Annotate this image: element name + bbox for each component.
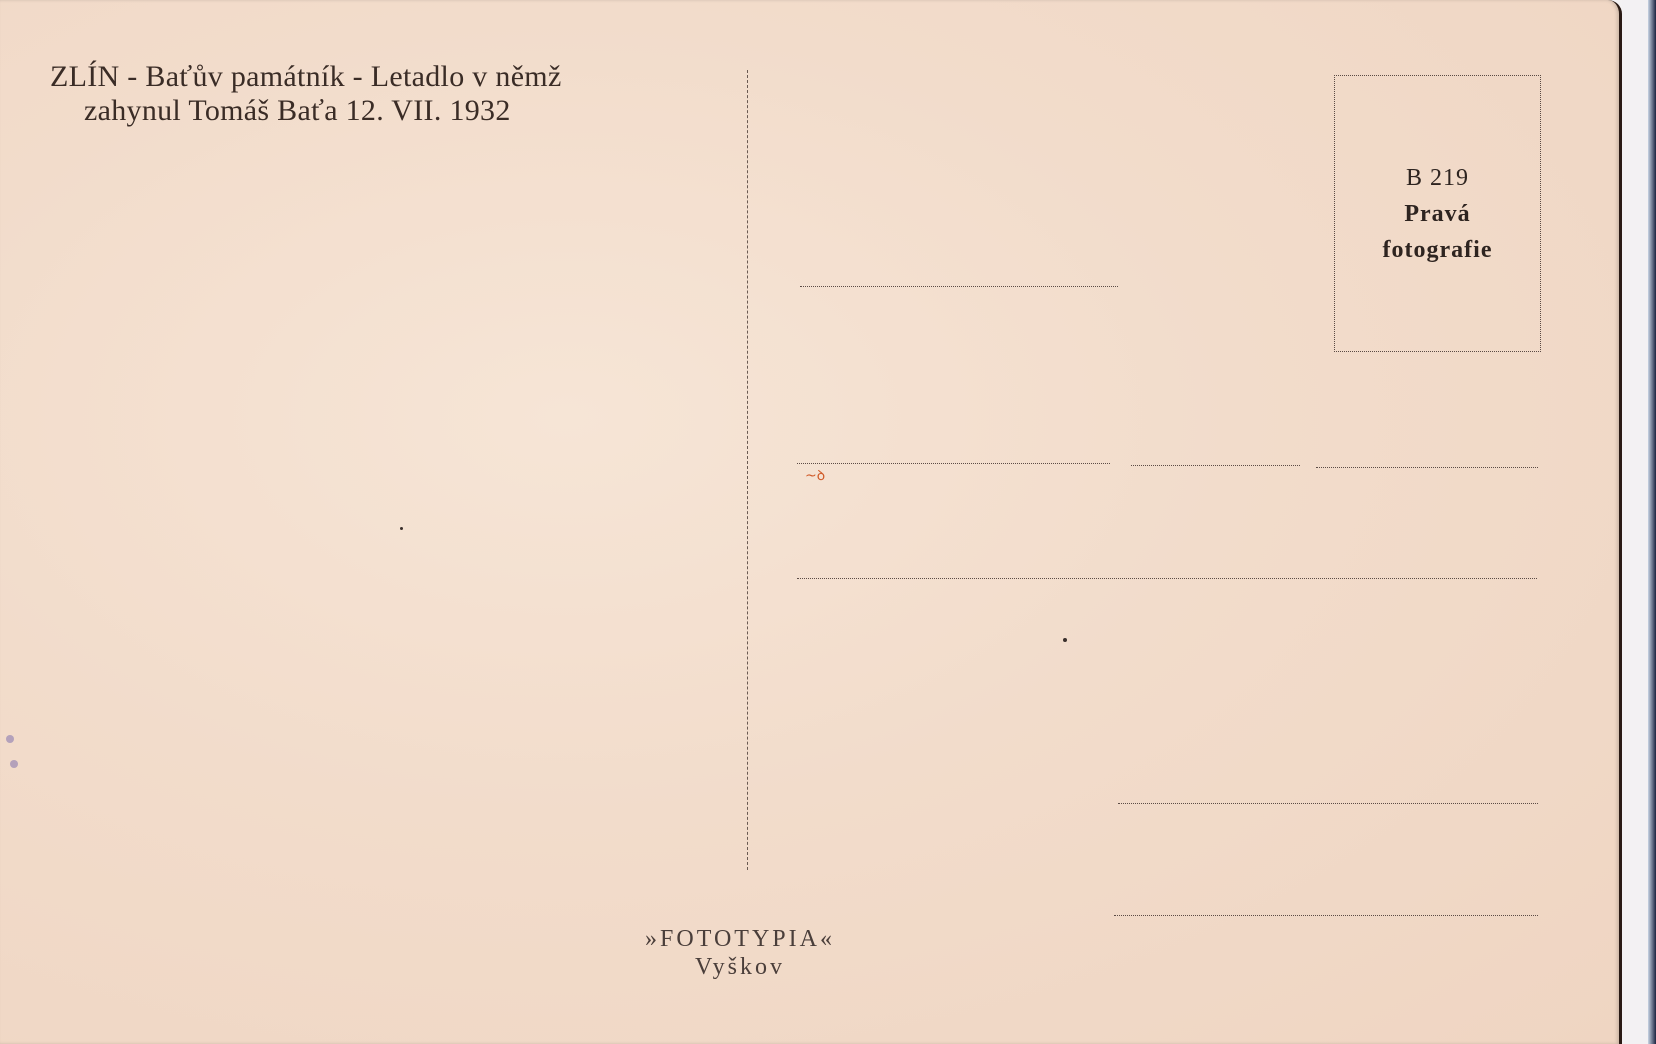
address-line-4 xyxy=(1118,803,1538,804)
speck xyxy=(1063,638,1067,642)
postcard-caption: ZLÍN - Baťův památník - Letadlo v němž z… xyxy=(50,60,562,128)
publisher-name: »FOTOTYPIA« xyxy=(560,925,920,953)
address-line-1 xyxy=(800,286,1118,287)
postcard-back: ZLÍN - Baťův památník - Letadlo v němž z… xyxy=(0,0,1622,1044)
center-divider xyxy=(747,70,748,870)
stain-mark xyxy=(10,760,18,768)
scan-edge xyxy=(1648,0,1656,1044)
publisher-city: Vyškov xyxy=(560,953,920,981)
stamp-code: B 219 xyxy=(1406,160,1469,196)
address-line-3 xyxy=(797,578,1537,579)
address-line-2b xyxy=(1131,465,1300,466)
stamp-box: B 219 Pravá fotografie xyxy=(1334,75,1541,352)
caption-line-2: zahynul Tomáš Baťa 12. VII. 1932 xyxy=(50,94,562,128)
caption-line-1: ZLÍN - Baťův památník - Letadlo v němž xyxy=(50,60,562,94)
stain-mark xyxy=(6,735,14,743)
scan-background xyxy=(1622,0,1648,1044)
stamp-text-line-1: Pravá xyxy=(1404,196,1470,232)
speck xyxy=(400,527,403,530)
stamp-text-line-2: fotografie xyxy=(1383,232,1493,268)
address-line-2c xyxy=(1316,467,1538,468)
publisher-imprint: »FOTOTYPIA« Vyškov xyxy=(560,925,920,981)
ink-stain: ~ꝺ xyxy=(805,466,825,485)
address-line-2a xyxy=(797,463,1110,464)
address-line-5 xyxy=(1114,915,1538,916)
